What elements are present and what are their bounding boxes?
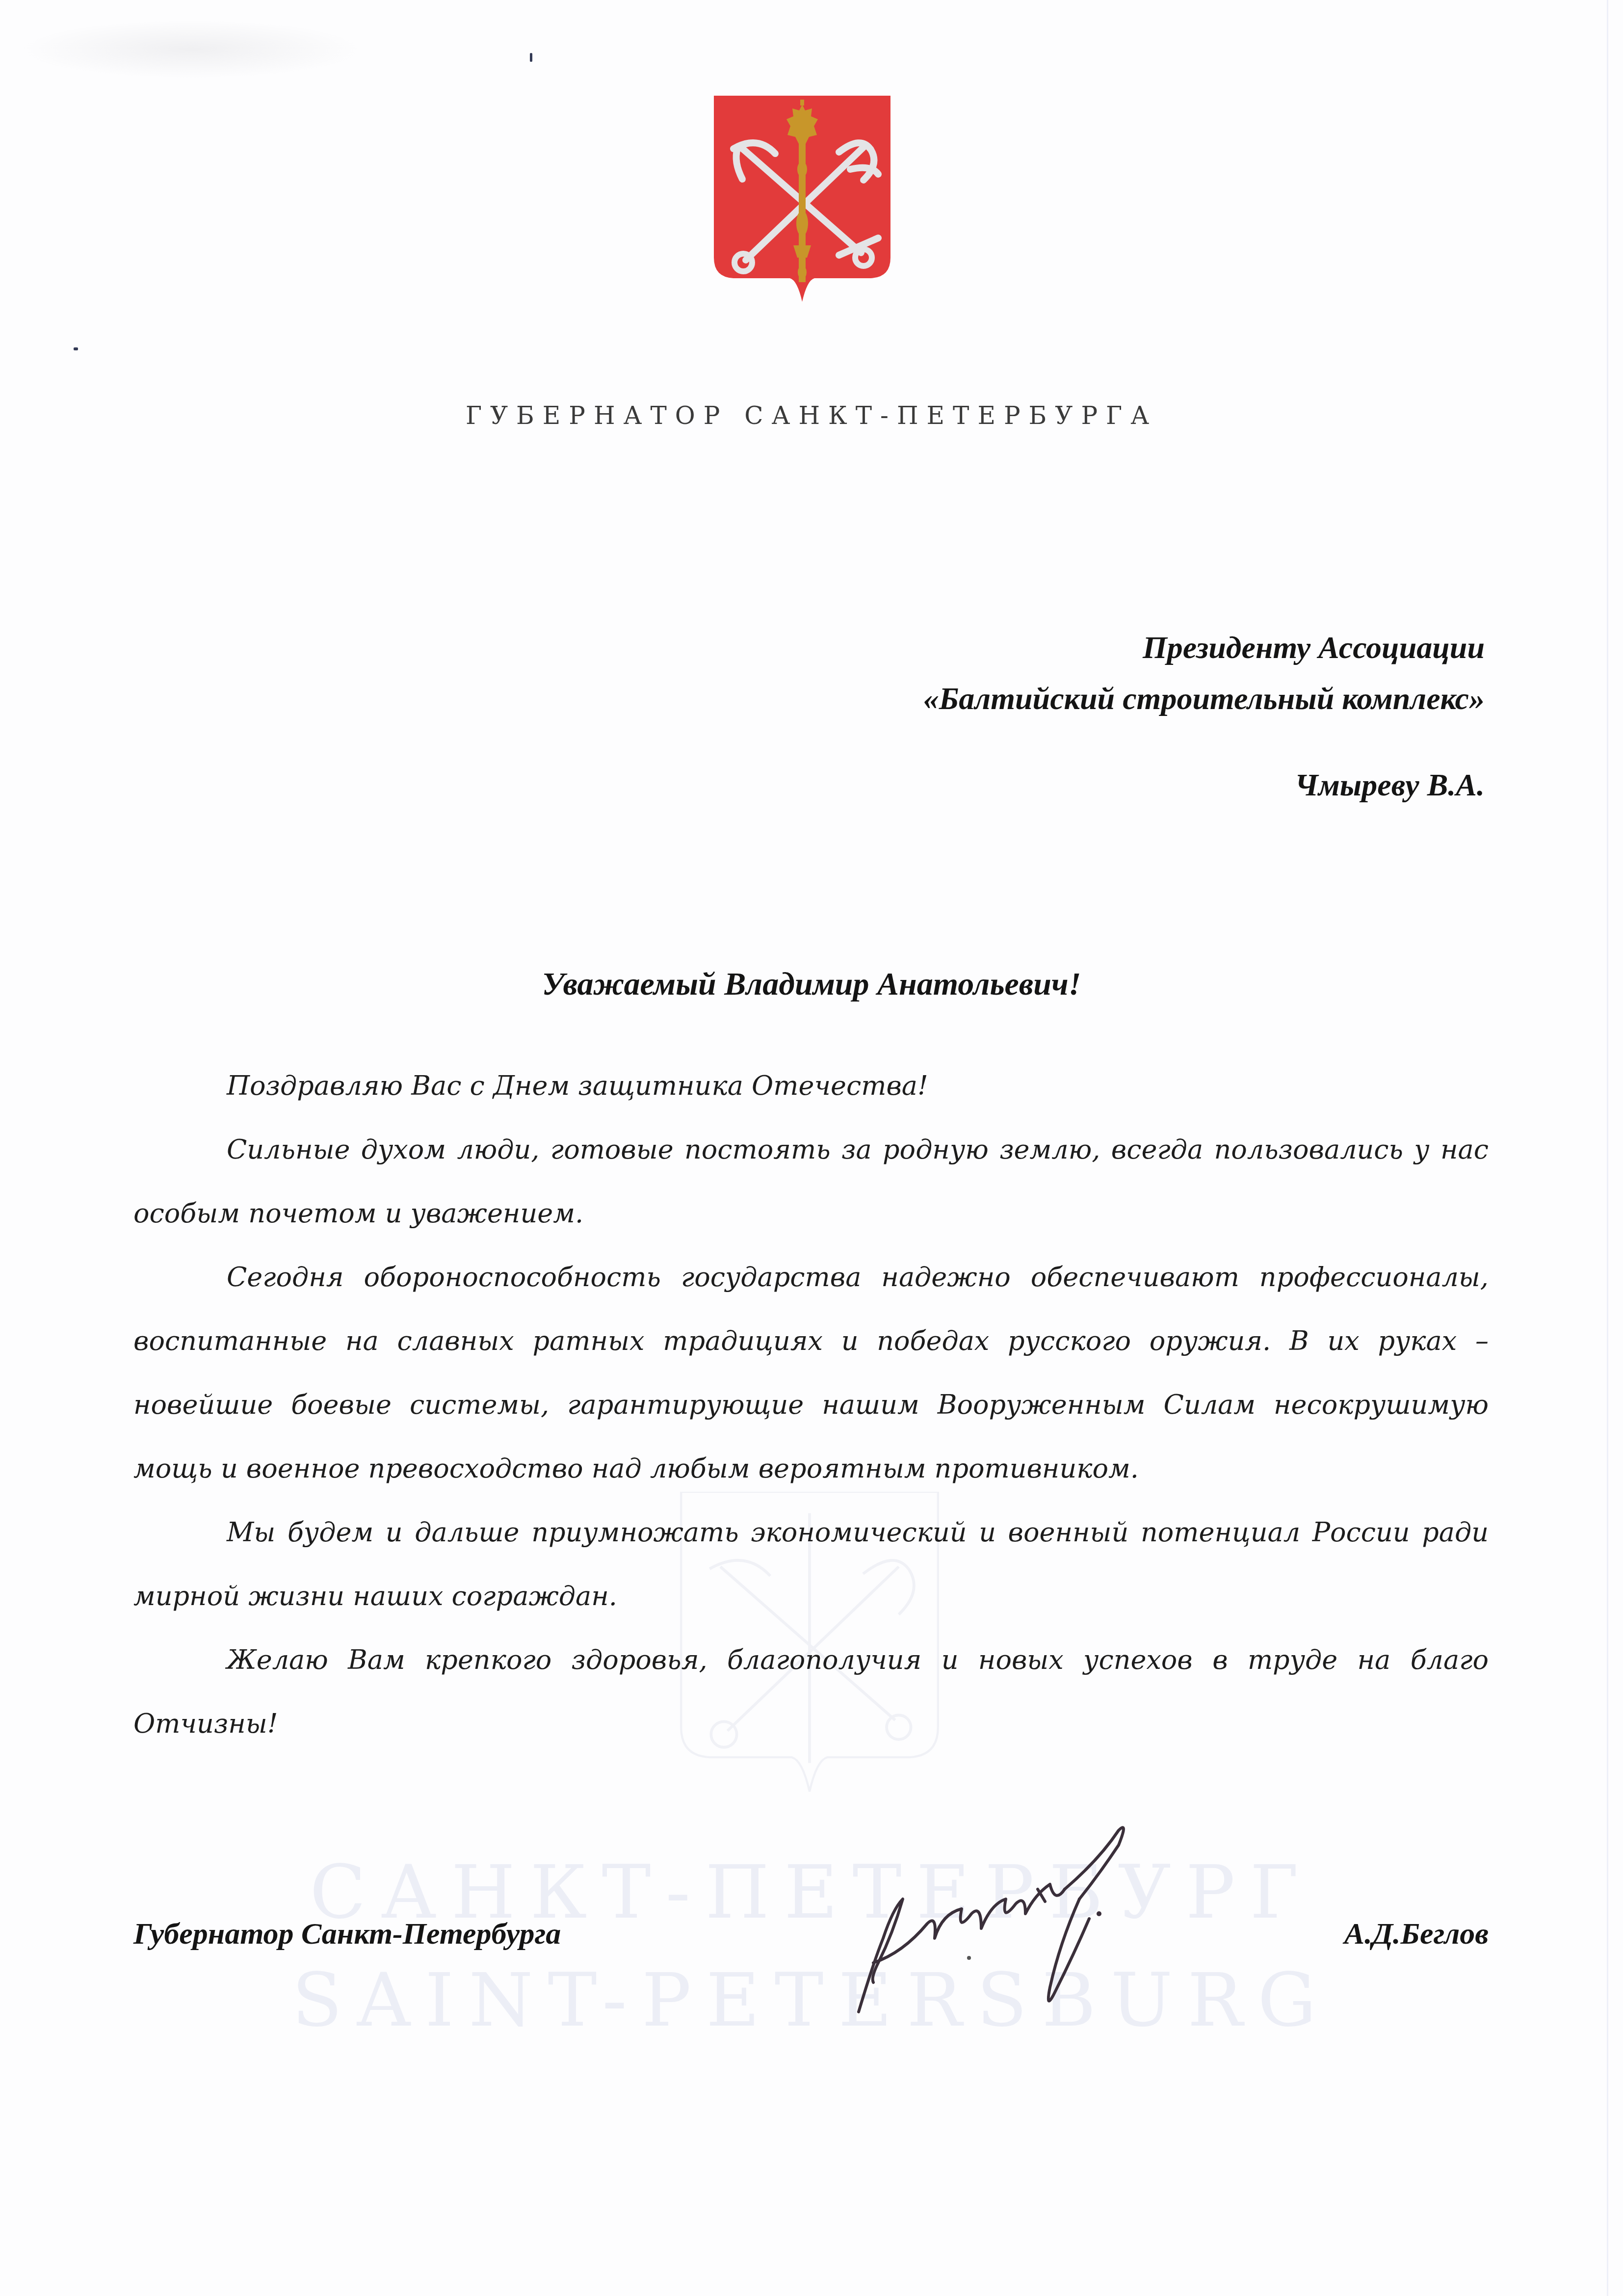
letter-page: ГУБЕРНАТОР САНКТ-ПЕТЕРБУРГА Президенту А… <box>0 0 1623 2296</box>
handwritten-signature-icon <box>844 1816 1305 2041</box>
addressee-block: Президенту Ассоциации «Балтийский строит… <box>923 622 1485 811</box>
addressee-position: Президенту Ассоциации <box>923 622 1485 673</box>
scan-smudge <box>20 20 363 79</box>
letter-body: Поздравляю Вас с Днем защитника Отечеств… <box>133 1054 1489 1756</box>
body-paragraph: Поздравляю Вас с Днем защитника Отечеств… <box>133 1054 1489 1118</box>
addressee-name: Чмыреву В.А. <box>923 760 1485 811</box>
scan-edge-line <box>1607 0 1608 2296</box>
salutation: Уважаемый Владимир Анатольевич! <box>0 966 1623 1003</box>
body-paragraph: Сильные духом люди, готовые постоять за … <box>133 1118 1489 1245</box>
scan-speck <box>530 53 532 62</box>
body-paragraph: Мы будем и дальше приумножать экономичес… <box>133 1501 1489 1628</box>
signatory-role: Губернатор Санкт-Петербурга <box>133 1917 561 1952</box>
body-paragraph: Желаю Вам крепкого здоровья, благополучи… <box>133 1628 1489 1756</box>
coat-of-arms-icon <box>714 96 890 312</box>
addressee-organization: «Балтийский строительный комплекс» <box>923 673 1485 724</box>
letterhead-title: ГУБЕРНАТОР САНКТ-ПЕТЕРБУРГА <box>0 401 1623 430</box>
scan-speck <box>74 347 78 350</box>
signatory-name: А.Д.Беглов <box>1344 1917 1489 1952</box>
body-paragraph: Сегодня обороноспособность государства н… <box>133 1245 1489 1501</box>
